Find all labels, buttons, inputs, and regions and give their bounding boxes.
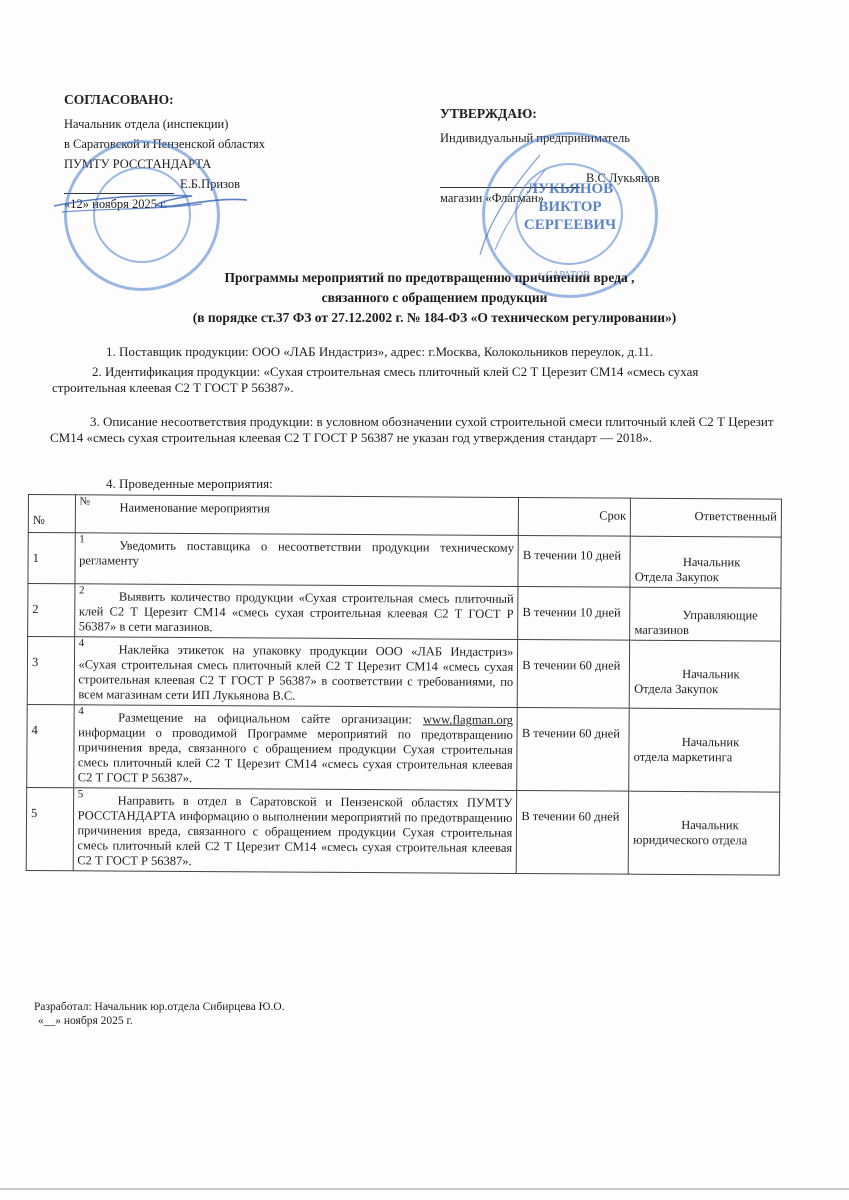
table-row: 2 2Выявить количество продукции «Сухая с… [28,584,781,642]
table-row: 3 4Наклейка этикеток на упаковку продукц… [27,637,780,710]
row-term: В течении 10 дней [518,535,630,587]
row-term: В течении 60 дней [518,639,630,708]
footer-block: Разработал: Начальник юр.отдела Сибирцев… [34,1000,285,1028]
measures-table: № № Наименование мероприятия Срок Ответс… [26,494,782,876]
row-num: 2 [28,584,75,637]
paragraph-supplier: 1. Поставщик продукции: ООО «ЛАБ Индастр… [66,344,786,360]
row-num: 1 [28,533,75,584]
header-num: № [28,495,75,533]
row-term: В течении 60 дней [516,790,628,874]
title-line-3: (в порядке ст.37 ФЗ от 27.12.2002 г. № 1… [0,308,849,328]
table-row: 5 5Направить в отдел в Саратовской и Пен… [26,787,779,875]
table-row: 1 1Уведомить поставщика о несоответствии… [28,533,781,589]
agreed-heading: СОГЛАСОВАНО: [64,90,324,110]
right-signature-icon [470,150,550,260]
row-name: 1Уведомить поставщика о несоответствии п… [75,533,519,587]
website-link[interactable]: www.flagman.org [423,712,513,727]
row-name: 2Выявить количество продукции «Сухая стр… [74,584,518,640]
row-responsible: Начальник Отдела Закупок [630,536,781,588]
row-num: 4 [27,704,74,787]
header-responsible: Ответственный [631,498,782,537]
agreed-position: Начальник отдела (инспекции) [64,114,324,134]
row-responsible: Начальник Отдела Закупок [629,640,780,709]
row-term: В течении 60 дней [517,707,629,791]
row-name: 4Наклейка этикеток на упаковку продукции… [74,637,518,708]
developed-by: Разработал: Начальник юр.отдела Сибирцев… [34,1000,285,1014]
row-num: 5 [26,787,73,870]
document-title: Программы мероприятий по предотвращению … [0,268,849,328]
table-header-row: № № Наименование мероприятия Срок Ответс… [28,495,781,538]
row-name: 4Размещение на официальном сайте организ… [73,705,517,791]
row-term: В течении 10 дней [518,586,630,640]
title-line-2: связанного с обращением продукции [0,288,849,308]
row-responsible: Начальник отдела маркетинга [629,708,780,792]
left-signature-icon [52,188,252,218]
row-responsible: Начальник юридического отдела [628,791,779,875]
table-row: 4 4Размещение на официальном сайте орган… [27,704,780,792]
row-responsible: Управляющие магазинов [630,587,781,641]
paragraph-nonconformity: 3. Описание несоответствия продукции: в … [50,414,776,446]
header-name: № Наименование мероприятия [75,495,519,536]
scan-edge-divider [0,1188,849,1190]
row-num: 3 [27,637,74,705]
paragraph-identification: 2. Идентификация продукции: «Сухая строи… [52,364,772,396]
row-name: 5Направить в отдел в Саратовской и Пензе… [73,788,517,874]
title-line-1: Программы мероприятий по предотвращению … [0,268,849,288]
header-term: Срок [519,497,631,536]
paragraph-measures: 4. Проведенные мероприятия: [106,476,273,492]
confirmed-heading: УТВЕРЖДАЮ: [440,104,740,124]
developed-date: «__» ноября 2025 г. [34,1014,285,1028]
